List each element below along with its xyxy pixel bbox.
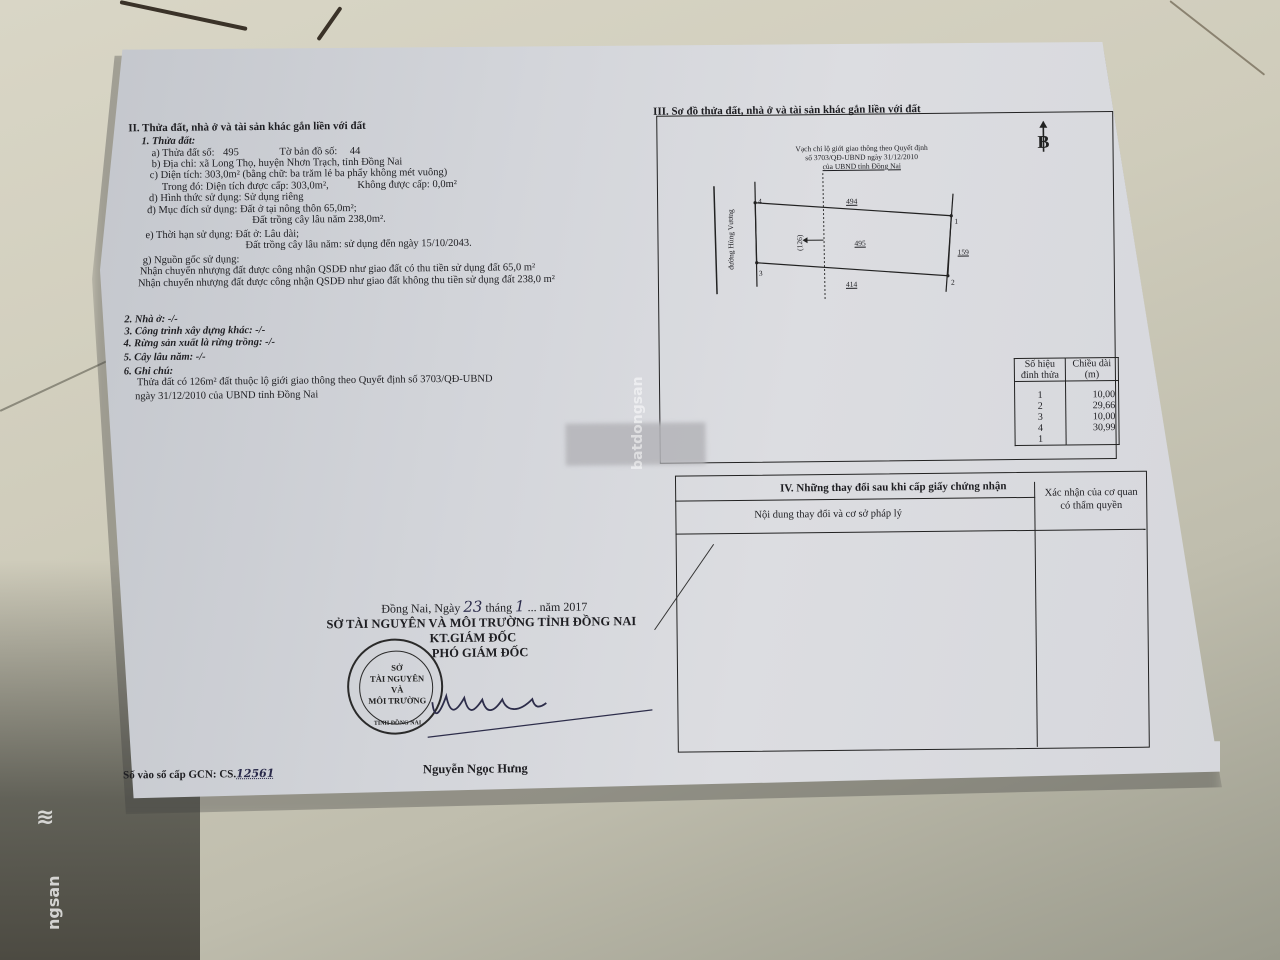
house: 2. Nhà ở: -/-: [124, 314, 178, 327]
certificate-content: II. Thửa đất, nhà ở và tài sản khác gắn …: [0, 0, 1280, 960]
section2-title: II. Thửa đất, nhà ở và tài sản khác gắn …: [128, 120, 366, 134]
handwritten-signature: [422, 680, 663, 753]
handwritten-day: 23: [463, 598, 482, 616]
signer-name: Nguyễn Ngọc Hưng: [423, 761, 528, 777]
length-column: 10,00 29,66 10,00 30,99: [1065, 380, 1119, 445]
note-line-1: Thửa đất có 126m² đất thuộc lộ giới giao…: [137, 374, 493, 390]
registry-number: Số vào sổ cấp GCN: CS.12561: [123, 768, 274, 782]
parcel-heading: 1. Thửa đất:: [141, 136, 195, 149]
neighbor-parcel-north: 494: [846, 197, 857, 206]
parcel-number: 495: [223, 147, 239, 158]
perennial: 5. Cây lâu năm: -/-: [124, 352, 206, 365]
parcel-number-label-map: 495: [854, 239, 865, 248]
point-column: 1 2 3 4 1: [1014, 381, 1066, 446]
vertex-4: 4: [758, 197, 762, 206]
map-sheet-label: Tờ bản đồ số:: [279, 146, 337, 158]
north-letter: B: [1037, 132, 1049, 152]
term-2: Đất trồng cây lâu năm: sử dụng đến ngày …: [245, 238, 471, 252]
road-note-line-3: của UBND tỉnh Đồng Nai: [772, 161, 952, 172]
road-area: (126): [795, 235, 804, 251]
area-granted: Trong đó: Diện tích được cấp: 303,0m²,: [162, 180, 329, 193]
cross-out-stroke: [646, 539, 727, 640]
handwritten-month: 1: [515, 597, 525, 615]
note-line-2: ngày 31/12/2010 của UBND tỉnh Đồng Nai: [135, 389, 318, 403]
edge-length-table: Số hiệu đỉnh thửa Chiều dài (m) 1 2 3 4 …: [1014, 357, 1120, 446]
road-name: đường Hùng Vương: [726, 209, 736, 270]
section4-title: IV. Những thay đổi sau khi cấp giấy chứn…: [780, 480, 1006, 494]
header-point: Số hiệu đỉnh thửa: [1014, 358, 1065, 382]
changes-table: [675, 471, 1150, 753]
road-boundary-note: Vạch chỉ lộ giới giao thông theo Quyết đ…: [771, 143, 951, 172]
vertex-2: 2: [951, 278, 955, 287]
on-behalf-of: KT.GIÁM ĐỐC: [430, 630, 517, 646]
neighbor-parcel-east: 159: [958, 248, 969, 257]
vertex-3: 3: [759, 269, 763, 278]
vertex-1: 1: [954, 217, 958, 226]
changes-content-header: Nội dung thay đổi và cơ sở pháp lý: [754, 508, 902, 522]
registry-number-handwritten: 12561: [236, 767, 274, 780]
watermark-logo-icon: ≋: [36, 805, 54, 830]
place-date: Đồng Nai, Ngày 23 tháng 1 ... năm 2017: [381, 599, 587, 616]
header-length: Chiều dài (m): [1065, 357, 1118, 381]
area-not-granted: Không được cấp: 0,0m²: [357, 179, 457, 191]
forest: 4. Rừng sản xuất là rừng trồng: -/-: [123, 337, 275, 351]
changes-confirm-header: Xác nhận của cơ quan có thẩm quyền: [1040, 486, 1142, 513]
map-sheet-number: 44: [350, 146, 361, 157]
parcel-number-label: a) Thửa đất số:: [151, 147, 214, 159]
purpose-2: Đất trồng cây lâu năm 238,0m².: [252, 214, 386, 227]
neighbor-parcel-south: 414: [846, 280, 857, 289]
issuing-agency: SỞ TÀI NGUYÊN VÀ MÔI TRƯỜNG TỈNH ĐỒNG NA…: [326, 614, 636, 632]
north-arrow-icon: B: [1034, 120, 1052, 159]
signer-position: PHÓ GIÁM ĐỐC: [432, 645, 529, 661]
watermark-center: batdongsan: [630, 376, 646, 470]
watermark-corner: ngsan: [44, 875, 63, 930]
